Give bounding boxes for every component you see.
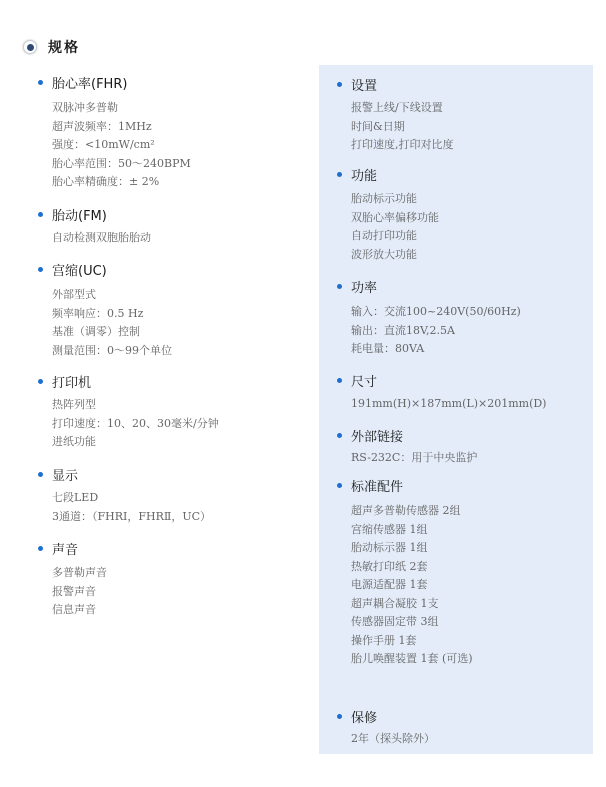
spec-item: 双脉冲多普勒 xyxy=(52,99,191,118)
spec-section-warranty: 保修 2年（探头除外） xyxy=(337,706,435,749)
spec-section-uc: 宫缩(UC) 外部型式 频率响应：0.5 Hz 基准（调零）控制 测量范围：0～… xyxy=(38,259,172,360)
bullet-icon xyxy=(38,212,43,217)
section-heading: 显示 xyxy=(52,465,78,484)
spec-item: 强度：<10mW/cm² xyxy=(52,136,191,155)
page-title-text: 规格 xyxy=(48,37,80,57)
spec-item: 胎心率精确度：± 2% xyxy=(52,173,191,192)
spec-item: 波形放大功能 xyxy=(351,246,439,265)
spec-item: 自动检测双胞胎胎动 xyxy=(52,229,151,248)
bullet-icon xyxy=(38,267,43,272)
section-heading: 外部链接 xyxy=(351,426,403,445)
page-title: 规格 xyxy=(23,37,80,57)
section-heading: 功率 xyxy=(351,277,377,296)
spec-item: 自动打印功能 xyxy=(351,227,439,246)
spec-item: RS-232C：用于中央监护 xyxy=(351,449,477,468)
spec-section-power: 功率 输入：交流100~240V(50/60Hz) 输出：直流18V,2.5A … xyxy=(337,276,521,359)
spec-item: 输入：交流100~240V(50/60Hz) xyxy=(351,303,521,322)
section-heading: 保修 xyxy=(351,707,377,726)
spec-item: 超声耦合凝胶 1支 xyxy=(351,595,473,614)
section-heading: 功能 xyxy=(351,165,377,184)
bullet-icon xyxy=(337,483,342,488)
section-heading: 设置 xyxy=(351,75,377,94)
spec-item: 2年（探头除外） xyxy=(351,730,435,749)
spec-item: 宫缩传感器 1组 xyxy=(351,521,473,540)
spec-item: 胎心率范围：50～240BPM xyxy=(52,155,191,174)
bullet-icon xyxy=(38,546,43,551)
bullet-icon xyxy=(337,172,342,177)
spec-section-sound: 声音 多普勒声音 报警声音 信息声音 xyxy=(38,538,107,620)
spec-item: 外部型式 xyxy=(52,286,172,305)
section-heading: 标准配件 xyxy=(351,476,403,495)
spec-item: 信息声音 xyxy=(52,601,107,620)
spec-item: 时间&日期 xyxy=(351,118,454,137)
spec-section-dimensions: 尺寸 191mm(H)×187mm(L)×201mm(D) xyxy=(337,370,546,414)
spec-item: 进纸功能 xyxy=(52,433,219,452)
spec-section-fhr: 胎心率(FHR) 双脉冲多普勒 超声波频率：1MHz 强度：<10mW/cm² … xyxy=(38,72,191,192)
spec-item: 热阵列型 xyxy=(52,396,219,415)
bullet-icon xyxy=(337,714,342,719)
spec-item: 七段LED xyxy=(52,489,211,508)
spec-item: 测量范围：0～99个单位 xyxy=(52,342,172,361)
spec-section-fm: 胎动(FM) 自动检测双胞胎胎动 xyxy=(38,204,151,248)
spec-item: 报警声音 xyxy=(52,583,107,602)
spec-item: 胎动标示器 1组 xyxy=(351,539,473,558)
spec-item: 超声波频率：1MHz xyxy=(52,118,191,137)
section-heading: 尺寸 xyxy=(351,371,377,390)
spec-item: 电源适配器 1套 xyxy=(351,576,473,595)
section-heading: 胎动(FM) xyxy=(52,205,107,224)
spec-item: 报警上线/下线设置 xyxy=(351,99,454,118)
spec-item: 双胎心率偏移功能 xyxy=(351,209,439,228)
bullet-icon xyxy=(337,82,342,87)
bullet-icon xyxy=(337,284,342,289)
bullet-icon xyxy=(337,378,342,383)
spec-item: 打印速度：10、20、30毫米/分钟 xyxy=(52,415,219,434)
spec-item: 耗电量：80VA xyxy=(351,340,521,359)
spec-item: 基准（调零）控制 xyxy=(52,323,172,342)
spec-section-settings: 设置 报警上线/下线设置 时间&日期 打印速度,打印对比度 xyxy=(337,74,454,155)
spec-section-external-link: 外部链接 RS-232C：用于中央监护 xyxy=(337,425,477,468)
bullet-icon xyxy=(38,472,43,477)
spec-item: 191mm(H)×187mm(L)×201mm(D) xyxy=(351,395,546,414)
bullet-icon xyxy=(337,433,342,438)
spec-item: 超声多普勒传感器 2组 xyxy=(351,502,473,521)
section-heading: 胎心率(FHR) xyxy=(52,73,127,92)
radio-bullet-icon xyxy=(23,40,37,54)
spec-section-display: 显示 七段LED 3通道：（FHRⅠ，FHRⅡ，UC） xyxy=(38,464,211,526)
spec-item: 频率响应：0.5 Hz xyxy=(52,305,172,324)
spec-item: 输出：直流18V,2.5A xyxy=(351,322,521,341)
spec-item: 传感器固定带 3组 xyxy=(351,613,473,632)
spec-item: 操作手册 1套 xyxy=(351,632,473,651)
bullet-icon xyxy=(38,379,43,384)
section-heading: 声音 xyxy=(52,539,78,558)
spec-item: 热敏打印纸 2套 xyxy=(351,558,473,577)
spec-item: 打印速度,打印对比度 xyxy=(351,136,454,155)
spec-item: 多普勒声音 xyxy=(52,564,107,583)
spec-item: 胎动标示功能 xyxy=(351,190,439,209)
spec-item: 胎儿唤醒装置 1套 (可选) xyxy=(351,650,473,669)
spec-section-functions: 功能 胎动标示功能 双胎心率偏移功能 自动打印功能 波形放大功能 xyxy=(337,164,439,264)
spec-section-accessories: 标准配件 超声多普勒传感器 2组 宫缩传感器 1组 胎动标示器 1组 热敏打印纸… xyxy=(337,475,473,669)
spec-item: 3通道：（FHRⅠ，FHRⅡ，UC） xyxy=(52,508,211,527)
spec-section-printer: 打印机 热阵列型 打印速度：10、20、30毫米/分钟 进纸功能 xyxy=(38,371,219,452)
section-heading: 打印机 xyxy=(52,372,91,391)
bullet-icon xyxy=(38,80,43,85)
section-heading: 宫缩(UC) xyxy=(52,260,107,279)
